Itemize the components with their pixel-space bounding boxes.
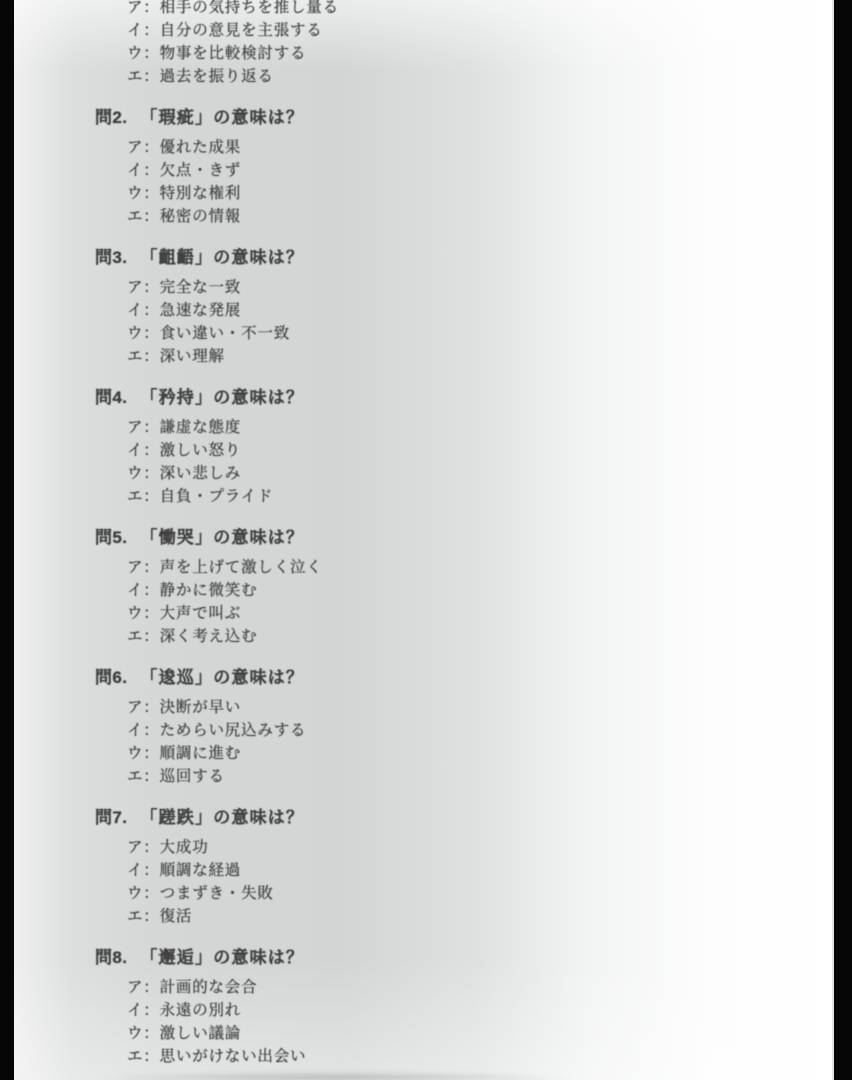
question-heading: 問3.「齟齬」の意味は？ bbox=[14, 247, 834, 269]
question-options: ア：優れた成果イ：欠点・きずウ：特別な権利エ：秘密の情報 bbox=[14, 136, 834, 228]
question-heading: 問6.「逡巡」の意味は？ bbox=[14, 667, 834, 689]
option-row: ウ：つまずき・失敗 bbox=[14, 882, 834, 905]
option-row: ア：大成功 bbox=[14, 836, 834, 859]
option-row: イ：欠点・きず bbox=[14, 159, 834, 182]
option-row: ア：謙虚な態度 bbox=[14, 416, 834, 439]
question-prompt: 「齟齬」の意味は？ bbox=[140, 248, 304, 267]
option-row: エ：復活 bbox=[14, 905, 834, 928]
option-row: ア：相手の気持ちを推し量る bbox=[14, 0, 834, 19]
question-options: ア：計画的な会合イ：永遠の別れウ：激しい議論エ：思いがけない出会い bbox=[14, 976, 834, 1068]
option-row: エ：秘密の情報 bbox=[14, 205, 834, 228]
question-number: 問2. bbox=[95, 108, 127, 127]
question-heading: 問2.「瑕疵」の意味は？ bbox=[14, 107, 834, 129]
question-block: 問6.「逡巡」の意味は？ ア：決断が早いイ：ためらい尻込みするウ：順調に進むエ：… bbox=[14, 667, 834, 788]
question-options: ア：相手の気持ちを推し量るイ：自分の意見を主張するウ：物事を比較検討するエ：過去… bbox=[14, 0, 834, 88]
option-row: ア：声を上げて激しく泣く bbox=[14, 556, 834, 579]
option-row: エ：思いがけない出会い bbox=[14, 1045, 834, 1068]
option-row: ア：決断が早い bbox=[14, 696, 834, 719]
question-number: 問8. bbox=[95, 948, 127, 967]
question-prompt: 「慟哭」の意味は？ bbox=[140, 528, 304, 547]
question-heading: 問7.「蹉跌」の意味は？ bbox=[14, 807, 834, 829]
photo-page: ア：相手の気持ちを推し量るイ：自分の意見を主張するウ：物事を比較検討するエ：過去… bbox=[0, 0, 852, 1080]
question-number: 問4. bbox=[95, 388, 127, 407]
option-row: イ：急速な発展 bbox=[14, 299, 834, 322]
option-row: ア：優れた成果 bbox=[14, 136, 834, 159]
question-heading: 問8.「邂逅」の意味は？ bbox=[14, 947, 834, 969]
option-row: ウ：激しい議論 bbox=[14, 1022, 834, 1045]
question-prompt: 「瑕疵」の意味は？ bbox=[140, 108, 304, 127]
option-row: イ：激しい怒り bbox=[14, 439, 834, 462]
question-block: ア：相手の気持ちを推し量るイ：自分の意見を主張するウ：物事を比較検討するエ：過去… bbox=[14, 0, 834, 88]
option-row: イ：永遠の別れ bbox=[14, 999, 834, 1022]
question-heading: 問5.「慟哭」の意味は？ bbox=[14, 527, 834, 549]
option-row: エ：自負・プライド bbox=[14, 485, 834, 508]
option-row: イ：静かに微笑む bbox=[14, 579, 834, 602]
option-row: イ：ためらい尻込みする bbox=[14, 719, 834, 742]
question-options: ア：声を上げて激しく泣くイ：静かに微笑むウ：大声で叫ぶエ：深く考え込む bbox=[14, 556, 834, 648]
option-row: イ：自分の意見を主張する bbox=[14, 19, 834, 42]
option-row: ア：計画的な会合 bbox=[14, 976, 834, 999]
option-row: エ：過去を振り返る bbox=[14, 65, 834, 88]
option-row: ウ：食い違い・不一致 bbox=[14, 322, 834, 345]
question-number: 問6. bbox=[95, 668, 127, 687]
question-number: 問7. bbox=[95, 808, 127, 827]
option-row: ウ：物事を比較検討する bbox=[14, 42, 834, 65]
option-row: エ：巡回する bbox=[14, 765, 834, 788]
question-block: 問5.「慟哭」の意味は？ ア：声を上げて激しく泣くイ：静かに微笑むウ：大声で叫ぶ… bbox=[14, 527, 834, 648]
question-prompt: 「邂逅」の意味は？ bbox=[140, 948, 304, 967]
question-list: ア：相手の気持ちを推し量るイ：自分の意見を主張するウ：物事を比較検討するエ：過去… bbox=[14, 0, 834, 1068]
quiz-document: ア：相手の気持ちを推し量るイ：自分の意見を主張するウ：物事を比較検討するエ：過去… bbox=[14, 0, 834, 1080]
question-options: ア：大成功イ：順調な経過ウ：つまずき・失敗エ：復活 bbox=[14, 836, 834, 928]
option-row: ア：完全な一致 bbox=[14, 276, 834, 299]
question-prompt: 「蹉跌」の意味は？ bbox=[140, 808, 304, 827]
question-heading: 問4.「矜持」の意味は？ bbox=[14, 387, 834, 409]
question-prompt: 「矜持」の意味は？ bbox=[140, 388, 304, 407]
question-block: 問2.「瑕疵」の意味は？ ア：優れた成果イ：欠点・きずウ：特別な権利エ：秘密の情… bbox=[14, 107, 834, 228]
photo-shadow bbox=[94, 1071, 574, 1080]
question-block: 問3.「齟齬」の意味は？ ア：完全な一致イ：急速な発展ウ：食い違い・不一致エ：深… bbox=[14, 247, 834, 368]
question-options: ア：完全な一致イ：急速な発展ウ：食い違い・不一致エ：深い理解 bbox=[14, 276, 834, 368]
question-options: ア：謙虚な態度イ：激しい怒りウ：深い悲しみエ：自負・プライド bbox=[14, 416, 834, 508]
question-number: 問3. bbox=[95, 248, 127, 267]
option-row: ウ：特別な権利 bbox=[14, 182, 834, 205]
question-number: 問5. bbox=[95, 528, 127, 547]
question-options: ア：決断が早いイ：ためらい尻込みするウ：順調に進むエ：巡回する bbox=[14, 696, 834, 788]
question-prompt: 「逡巡」の意味は？ bbox=[140, 668, 304, 687]
letterbox-right bbox=[834, 0, 852, 1080]
option-row: ウ：順調に進む bbox=[14, 742, 834, 765]
question-block: 問8.「邂逅」の意味は？ ア：計画的な会合イ：永遠の別れウ：激しい議論エ：思いが… bbox=[14, 947, 834, 1068]
option-row: エ：深く考え込む bbox=[14, 625, 834, 648]
option-row: ウ：大声で叫ぶ bbox=[14, 602, 834, 625]
paper-edge-line bbox=[832, 0, 834, 1080]
option-row: エ：深い理解 bbox=[14, 345, 834, 368]
option-row: ウ：深い悲しみ bbox=[14, 462, 834, 485]
question-block: 問4.「矜持」の意味は？ ア：謙虚な態度イ：激しい怒りウ：深い悲しみエ：自負・プ… bbox=[14, 387, 834, 508]
option-row: イ：順調な経過 bbox=[14, 859, 834, 882]
letterbox-left bbox=[0, 0, 14, 1080]
question-block: 問7.「蹉跌」の意味は？ ア：大成功イ：順調な経過ウ：つまずき・失敗エ：復活 bbox=[14, 807, 834, 928]
